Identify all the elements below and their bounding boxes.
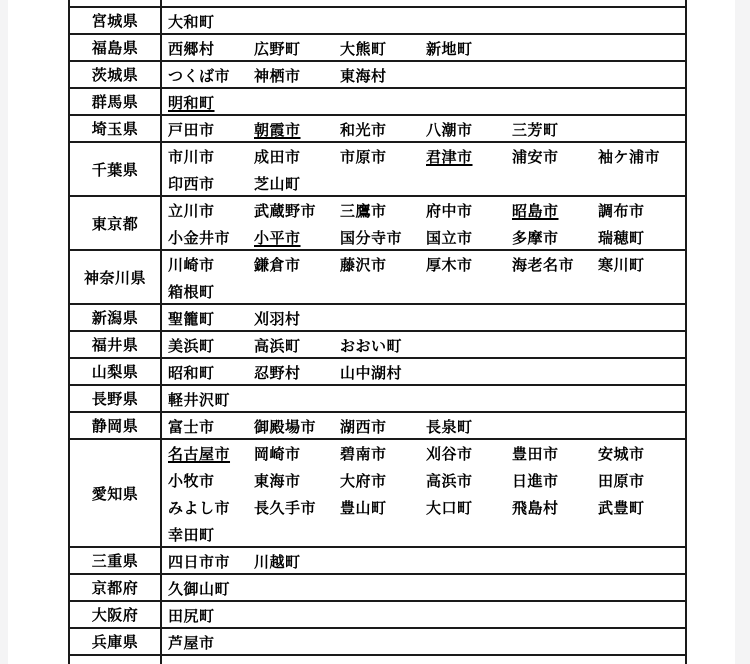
municipality: 厚木市 — [426, 254, 512, 275]
table-row: 大阪府田尻町 — [70, 602, 685, 629]
municipalities-cell: 田尻町 — [162, 602, 685, 627]
municipality: 小金井市 — [168, 227, 254, 248]
municipalities-cell — [162, 656, 685, 664]
municipality-line: 富士市御殿場市湖西市長泉町 — [162, 413, 685, 438]
table-row: 千葉県市川市成田市市原市君津市浦安市袖ケ浦市印西市芝山町 — [70, 143, 685, 197]
municipality-line: 明和町 — [162, 89, 685, 114]
table-row: 長野県軽井沢町 — [70, 386, 685, 413]
municipality-line: 名古屋市岡崎市碧南市刈谷市豊田市安城市 — [162, 440, 685, 467]
municipality-line: 西郷村広野町大熊町新地町 — [162, 35, 685, 60]
municipality: 聖籠町 — [168, 308, 254, 329]
municipality-line: 美浜町高浜町おおい町 — [162, 332, 685, 357]
document-viewport: 宮城県大和町福島県西郷村広野町大熊町新地町茨城県つくば市神栖市東海村群馬県明和町… — [0, 0, 750, 664]
municipality-line: 昭和町忍野村山中湖村 — [162, 359, 685, 384]
table-row: 埼玉県戸田市朝霞市和光市八潮市三芳町 — [70, 116, 685, 143]
municipality: 刈羽村 — [254, 308, 340, 329]
municipality-line: 大和町 — [162, 8, 685, 33]
municipality: 東海市 — [254, 470, 340, 491]
municipality-underlined: 小平市 — [254, 227, 340, 248]
municipality: 軽井沢町 — [168, 389, 254, 410]
table-row-partial — [70, 656, 685, 664]
municipality: 国分寺市 — [340, 227, 426, 248]
prefecture-cell — [70, 656, 162, 664]
table-row: 三重県四日市市川越町 — [70, 548, 685, 575]
municipality-line: 小牧市東海市大府市高浜市日進市田原市 — [162, 467, 685, 494]
prefecture-cell: 大阪府 — [70, 602, 162, 627]
municipality: 府中市 — [426, 200, 512, 221]
municipality: 芝山町 — [254, 173, 340, 194]
municipality: 幸田町 — [168, 524, 254, 545]
municipality: おおい町 — [340, 335, 426, 356]
table-row: 京都府久御山町 — [70, 575, 685, 602]
municipality-line: 聖籠町刈羽村 — [162, 305, 685, 330]
municipality: 大府市 — [340, 470, 426, 491]
municipality: 市原市 — [340, 146, 426, 167]
municipality: 鎌倉市 — [254, 254, 340, 275]
prefecture-cell: 静岡県 — [70, 413, 162, 438]
municipality: 戸田市 — [168, 119, 254, 140]
table-row: 愛知県名古屋市岡崎市碧南市刈谷市豊田市安城市小牧市東海市大府市高浜市日進市田原市… — [70, 440, 685, 548]
municipality-line: 四日市市川越町 — [162, 548, 685, 573]
municipality-underlined: 昭島市 — [512, 200, 598, 221]
municipality-line: 幸田町 — [162, 521, 685, 546]
municipality: 印西市 — [168, 173, 254, 194]
municipalities-cell: 川崎市鎌倉市藤沢市厚木市海老名市寒川町箱根町 — [162, 251, 685, 303]
prefecture-cell — [70, 0, 162, 6]
municipality: 山中湖村 — [340, 362, 426, 383]
municipality-underlined: 朝霞市 — [254, 119, 340, 140]
municipality-line: 田尻町 — [162, 602, 685, 627]
municipality: 大和町 — [168, 11, 254, 32]
municipality: 日進市 — [512, 470, 598, 491]
table-row: 静岡県富士市御殿場市湖西市長泉町 — [70, 413, 685, 440]
municipality: 安城市 — [598, 443, 684, 464]
municipality: 長泉町 — [426, 416, 512, 437]
prefecture-cell: 茨城県 — [70, 62, 162, 87]
prefecture-cell: 千葉県 — [70, 143, 162, 195]
municipality: 岡崎市 — [254, 443, 340, 464]
municipality: 刈谷市 — [426, 443, 512, 464]
municipality: 飛島村 — [512, 497, 598, 518]
municipalities-cell: 西郷村広野町大熊町新地町 — [162, 35, 685, 60]
prefecture-cell: 京都府 — [70, 575, 162, 600]
prefecture-cell: 東京都 — [70, 197, 162, 249]
prefecture-cell: 新潟県 — [70, 305, 162, 330]
municipality: 川崎市 — [168, 254, 254, 275]
municipality: 小牧市 — [168, 470, 254, 491]
municipality: 浦安市 — [512, 146, 598, 167]
table-row: 神奈川県川崎市鎌倉市藤沢市厚木市海老名市寒川町箱根町 — [70, 251, 685, 305]
prefecture-cell: 福井県 — [70, 332, 162, 357]
prefecture-municipality-table: 宮城県大和町福島県西郷村広野町大熊町新地町茨城県つくば市神栖市東海村群馬県明和町… — [68, 0, 687, 664]
municipality: 三芳町 — [512, 119, 598, 140]
municipality: 瑞穂町 — [598, 227, 684, 248]
municipality: 三鷹市 — [340, 200, 426, 221]
municipality: 国立市 — [426, 227, 512, 248]
document-page: 宮城県大和町福島県西郷村広野町大熊町新地町茨城県つくば市神栖市東海村群馬県明和町… — [8, 0, 735, 664]
municipality: 碧南市 — [340, 443, 426, 464]
municipality-line: 箱根町 — [162, 278, 685, 303]
municipality-line: みよし市長久手市豊山町大口町飛島村武豊町 — [162, 494, 685, 521]
table-row-partial — [70, 0, 685, 8]
prefecture-cell: 兵庫県 — [70, 629, 162, 654]
municipality: 田原市 — [598, 470, 684, 491]
municipality: 立川市 — [168, 200, 254, 221]
prefecture-cell: 三重県 — [70, 548, 162, 573]
municipality: 高浜市 — [426, 470, 512, 491]
municipality: 東海村 — [340, 65, 426, 86]
table-row: 東京都立川市武蔵野市三鷹市府中市昭島市調布市小金井市小平市国分寺市国立市多摩市瑞… — [70, 197, 685, 251]
municipality: 武蔵野市 — [254, 200, 340, 221]
prefecture-cell: 宮城県 — [70, 8, 162, 33]
municipality: 田尻町 — [168, 605, 254, 626]
municipality: 和光市 — [340, 119, 426, 140]
table-row: 兵庫県芦屋市 — [70, 629, 685, 656]
municipalities-cell: 美浜町高浜町おおい町 — [162, 332, 685, 357]
prefecture-cell: 福島県 — [70, 35, 162, 60]
table-row: 宮城県大和町 — [70, 8, 685, 35]
municipality: つくば市 — [168, 65, 254, 86]
municipalities-cell: 名古屋市岡崎市碧南市刈谷市豊田市安城市小牧市東海市大府市高浜市日進市田原市みよし… — [162, 440, 685, 546]
municipality: 神栖市 — [254, 65, 340, 86]
municipalities-cell: 市川市成田市市原市君津市浦安市袖ケ浦市印西市芝山町 — [162, 143, 685, 195]
municipality: 久御山町 — [168, 578, 254, 599]
municipality: 大熊町 — [340, 38, 426, 59]
municipalities-cell: 立川市武蔵野市三鷹市府中市昭島市調布市小金井市小平市国分寺市国立市多摩市瑞穂町 — [162, 197, 685, 249]
municipality: 四日市市 — [168, 551, 254, 572]
municipality: 調布市 — [598, 200, 684, 221]
municipality: 成田市 — [254, 146, 340, 167]
municipality: 袖ケ浦市 — [598, 146, 684, 167]
table-row: 福井県美浜町高浜町おおい町 — [70, 332, 685, 359]
municipalities-cell: つくば市神栖市東海村 — [162, 62, 685, 87]
municipality: 藤沢市 — [340, 254, 426, 275]
municipality: 忍野村 — [254, 362, 340, 383]
municipalities-cell: 芦屋市 — [162, 629, 685, 654]
prefecture-cell: 山梨県 — [70, 359, 162, 384]
prefecture-cell: 長野県 — [70, 386, 162, 411]
municipality: 長久手市 — [254, 497, 340, 518]
municipality-underlined: 明和町 — [168, 92, 254, 113]
municipality: 豊山町 — [340, 497, 426, 518]
table-row: 福島県西郷村広野町大熊町新地町 — [70, 35, 685, 62]
municipalities-cell: 富士市御殿場市湖西市長泉町 — [162, 413, 685, 438]
municipality: 川越町 — [254, 551, 340, 572]
municipalities-cell: 昭和町忍野村山中湖村 — [162, 359, 685, 384]
prefecture-cell: 埼玉県 — [70, 116, 162, 141]
municipalities-cell: 聖籠町刈羽村 — [162, 305, 685, 330]
municipality: 湖西市 — [340, 416, 426, 437]
municipality: 海老名市 — [512, 254, 598, 275]
municipality-line: 芦屋市 — [162, 629, 685, 654]
municipality: 武豊町 — [598, 497, 684, 518]
municipality-line: 小金井市小平市国分寺市国立市多摩市瑞穂町 — [162, 224, 685, 249]
prefecture-cell: 群馬県 — [70, 89, 162, 114]
municipality: 芦屋市 — [168, 632, 254, 653]
municipality-line: 軽井沢町 — [162, 386, 685, 411]
table-row: 新潟県聖籠町刈羽村 — [70, 305, 685, 332]
municipality: 豊田市 — [512, 443, 598, 464]
municipalities-cell — [162, 0, 685, 6]
municipality: 昭和町 — [168, 362, 254, 383]
municipality: 御殿場市 — [254, 416, 340, 437]
prefecture-cell: 神奈川県 — [70, 251, 162, 303]
municipality: 多摩市 — [512, 227, 598, 248]
municipality: 市川市 — [168, 146, 254, 167]
municipality: みよし市 — [168, 497, 254, 518]
municipality: 美浜町 — [168, 335, 254, 356]
municipalities-cell: 四日市市川越町 — [162, 548, 685, 573]
municipalities-cell: 久御山町 — [162, 575, 685, 600]
table-row: 群馬県明和町 — [70, 89, 685, 116]
municipalities-cell: 明和町 — [162, 89, 685, 114]
municipality: 広野町 — [254, 38, 340, 59]
municipality-line: 市川市成田市市原市君津市浦安市袖ケ浦市 — [162, 143, 685, 170]
table-row: 山梨県昭和町忍野村山中湖村 — [70, 359, 685, 386]
municipality-line: 戸田市朝霞市和光市八潮市三芳町 — [162, 116, 685, 141]
municipality: 高浜町 — [254, 335, 340, 356]
municipality-underlined: 君津市 — [426, 146, 512, 167]
municipality: 西郷村 — [168, 38, 254, 59]
municipality: 箱根町 — [168, 281, 254, 302]
municipality-underlined: 名古屋市 — [168, 443, 254, 464]
municipality: 大口町 — [426, 497, 512, 518]
municipality-line: 久御山町 — [162, 575, 685, 600]
municipality-line: 立川市武蔵野市三鷹市府中市昭島市調布市 — [162, 197, 685, 224]
municipality-line: 印西市芝山町 — [162, 170, 685, 195]
municipality-line: 川崎市鎌倉市藤沢市厚木市海老名市寒川町 — [162, 251, 685, 278]
municipality: 新地町 — [426, 38, 512, 59]
prefecture-cell: 愛知県 — [70, 440, 162, 546]
municipality: 八潮市 — [426, 119, 512, 140]
municipality: 富士市 — [168, 416, 254, 437]
municipalities-cell: 大和町 — [162, 8, 685, 33]
municipalities-cell: 軽井沢町 — [162, 386, 685, 411]
table-row: 茨城県つくば市神栖市東海村 — [70, 62, 685, 89]
municipality: 寒川町 — [598, 254, 684, 275]
municipalities-cell: 戸田市朝霞市和光市八潮市三芳町 — [162, 116, 685, 141]
municipality-line: つくば市神栖市東海村 — [162, 62, 685, 87]
